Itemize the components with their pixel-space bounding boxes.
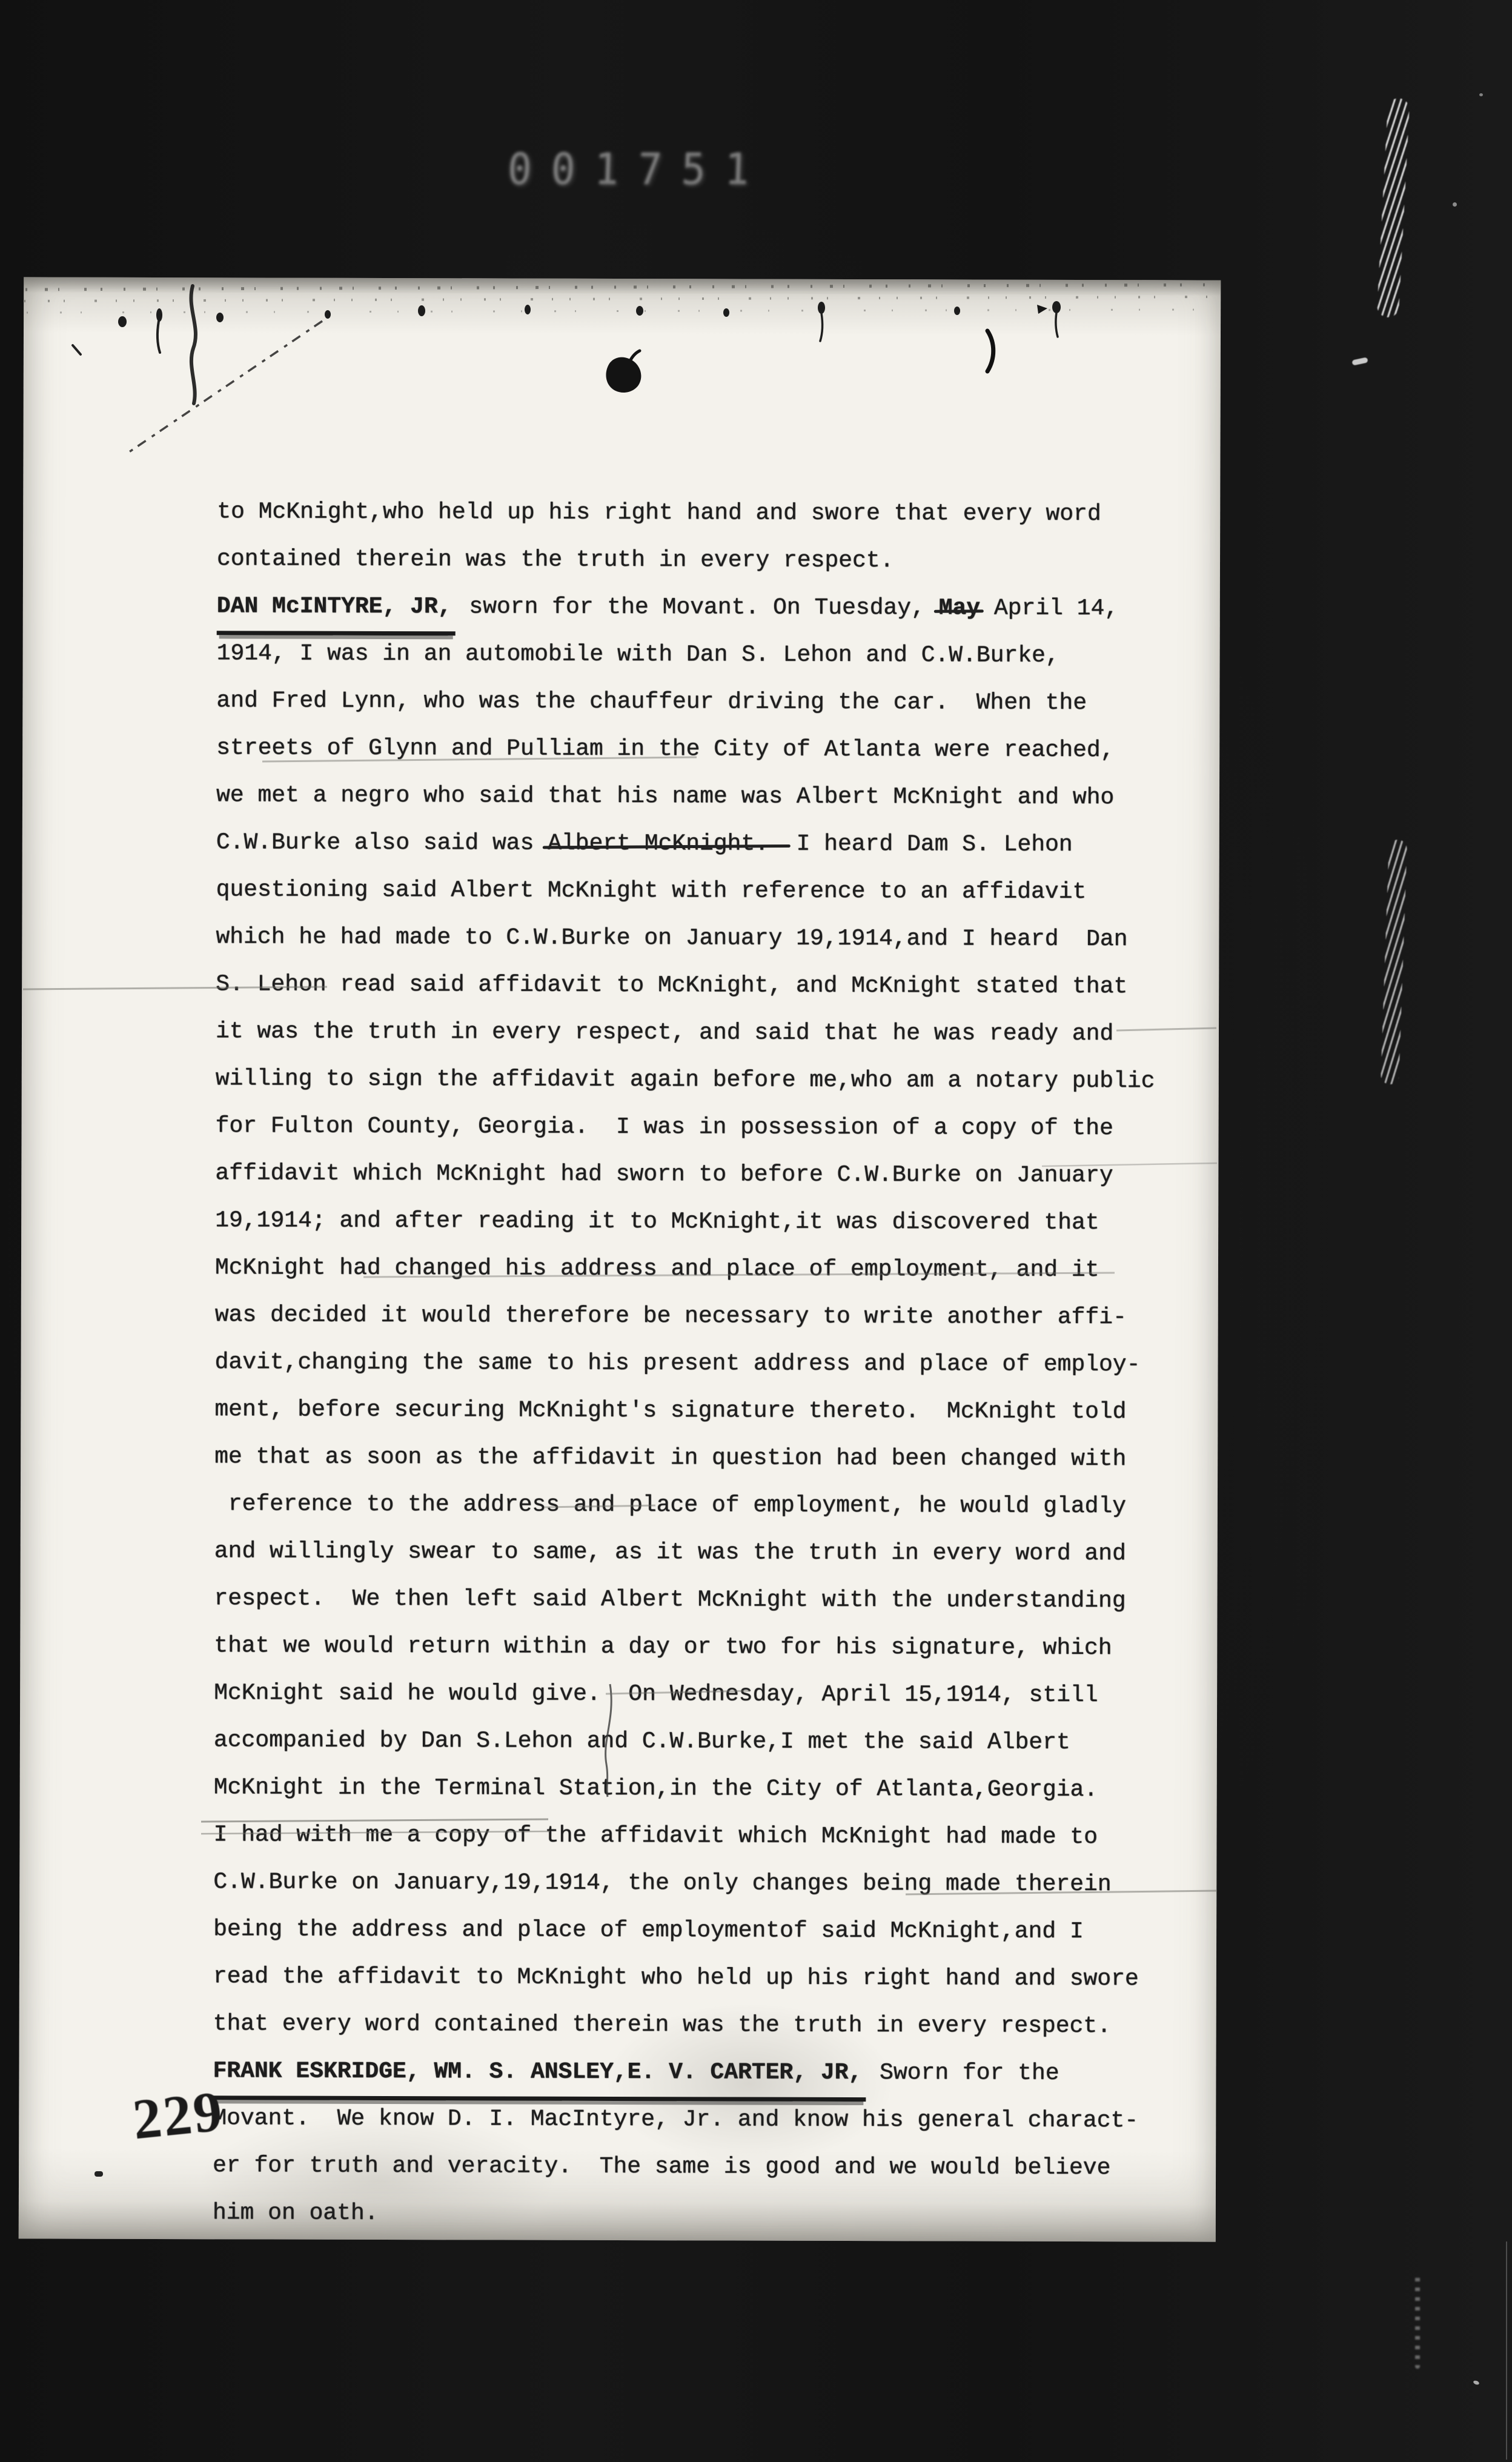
pencil-stroke	[606, 1684, 612, 1797]
small-blot	[1037, 305, 1047, 314]
scan-artifacts	[0, 0, 1512, 2462]
top-edge-speckles	[24, 285, 1214, 313]
scan-streak-lines	[23, 757, 1217, 1894]
diagonal-pencil-line	[125, 321, 322, 455]
ink-speck	[94, 2171, 103, 2177]
ink-blob	[606, 351, 641, 393]
pencil-squiggle	[191, 286, 195, 403]
ink-drip-tails	[157, 313, 1058, 353]
ink-droplets	[118, 301, 1061, 327]
tick-mark	[73, 345, 81, 354]
paren-mark	[987, 331, 993, 371]
